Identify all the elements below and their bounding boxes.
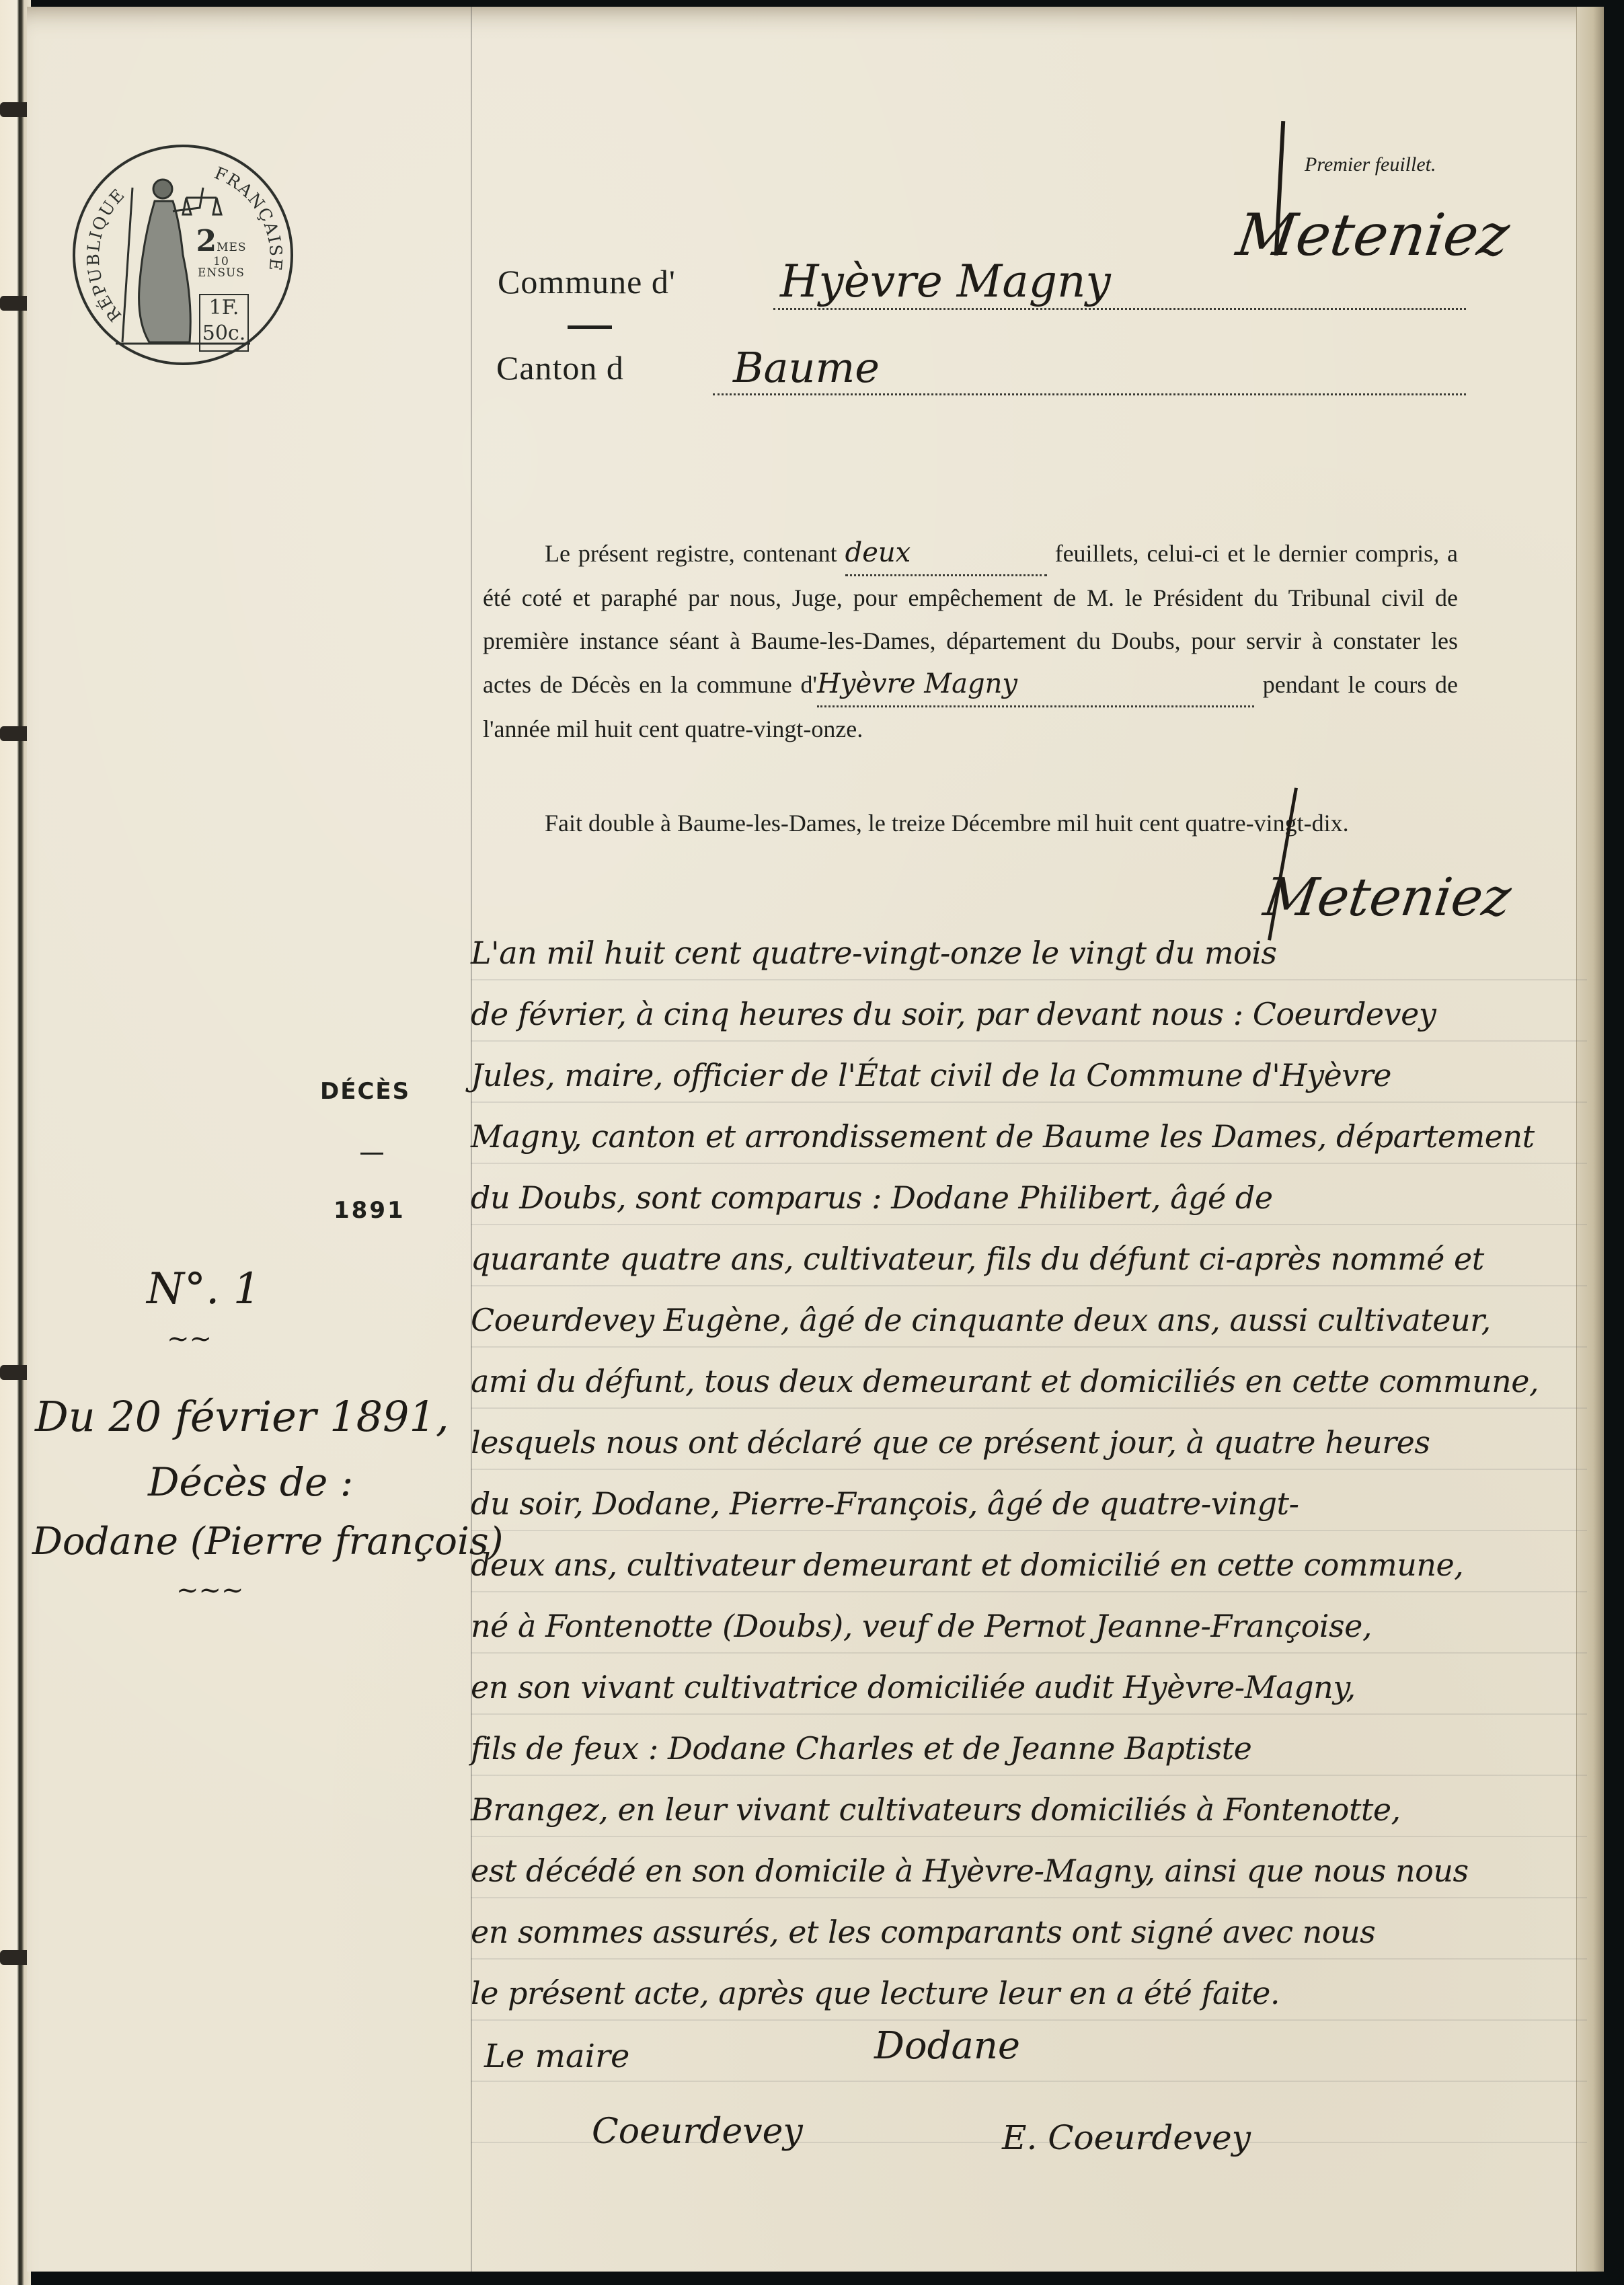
stamp-price: 1F. 50c.	[199, 294, 249, 352]
ruled-line	[471, 1101, 1587, 1103]
act-line: lesquels nous ont déclaré que ce présent…	[471, 1424, 1600, 1461]
judge-signature: Meteniez	[1260, 867, 1515, 928]
act-number: N°. 1	[147, 1264, 260, 1314]
mayor-label: Le maire	[484, 2038, 629, 2075]
ruled-line	[471, 1224, 1587, 1225]
ruled-line	[471, 1530, 1587, 1531]
stamp-left-text: RÉPUBLIQUE	[83, 184, 129, 325]
attestation-date-paragraph: Fait double à Baume-les-Dames, le treize…	[483, 802, 1458, 845]
act-line: de février, à cinq heures du soir, par d…	[471, 996, 1600, 1032]
ruled-line	[471, 1897, 1587, 1898]
stamp-cents: 50c.	[200, 321, 247, 346]
act-line: est décédé en son domicile à Hyèvre-Magn…	[471, 1853, 1600, 1889]
commune-value: Hyèvre Magny	[780, 256, 1111, 307]
ruled-line	[471, 1591, 1587, 1592]
act-line: le présent acte, après que lecture leur …	[471, 1975, 1600, 2011]
stamp-decimes-sup: MES	[217, 241, 246, 254]
section-dash	[360, 1153, 383, 1155]
act-line: Brangez, en leur vivant cultivateurs dom…	[471, 1791, 1600, 1828]
ruled-line	[471, 1407, 1587, 1409]
svg-text:RÉPUBLIQUE: RÉPUBLIQUE	[83, 184, 129, 325]
ruled-line	[471, 1163, 1587, 1164]
stamp-census: ENSUS	[198, 266, 245, 280]
attestation-text-a: Le présent registre, contenant	[545, 540, 837, 567]
sheet-label: Premier feuillet.	[1305, 153, 1436, 176]
margin-date: Du 20 février 1891,	[35, 1392, 449, 1441]
act-line: du soir, Dodane, Pierre-François, âgé de…	[471, 1485, 1600, 1522]
ruled-line	[471, 2081, 1587, 2082]
attestation-date-text: Fait double à Baume-les-Dames, le treize…	[545, 810, 1349, 837]
act-line: Coeurdevey Eugène, âgé de cinquante deux…	[471, 1302, 1600, 1338]
ruled-line	[471, 2019, 1587, 2021]
ruled-line	[471, 1652, 1587, 1654]
commune-dotted-line	[773, 308, 1466, 310]
act-line: né à Fontenotte (Doubs), veuf de Pernot …	[471, 1608, 1600, 1644]
sheets-count-value: deux	[845, 531, 1047, 576]
margin-flourish: ~~~	[176, 1575, 244, 1606]
margin-flourish: ~~	[167, 1323, 212, 1354]
attestation-commune-value: Hyèvre Magny	[817, 662, 1254, 707]
act-line: en sommes assurés, et les comparants ont…	[471, 1914, 1600, 1950]
witness-signature-coeurdevey: E. Coeurdevey	[1002, 2118, 1251, 2157]
fiscal-stamp: RÉPUBLIQUE FRANÇAISE 2MES 10 ENSUS 1F. 5…	[73, 145, 293, 365]
ruled-line	[471, 1040, 1587, 1042]
act-line: ami du défunt, tous deux demeurant et do…	[471, 1363, 1600, 1399]
stamp-francs: 1F.	[200, 295, 247, 321]
ruled-line	[471, 1958, 1587, 1960]
header-divider	[568, 325, 612, 329]
act-line: Jules, maire, officier de l'État civil d…	[471, 1057, 1600, 1093]
section-year: 1891	[334, 1197, 405, 1224]
ruled-line	[471, 1346, 1587, 1348]
act-line: fils de feux : Dodane Charles et de Jean…	[471, 1730, 1600, 1767]
stamp-value: 2MES 10 ENSUS	[191, 227, 252, 279]
ruled-line	[471, 1713, 1587, 1715]
ruled-line	[471, 1469, 1587, 1470]
canton-value: Baume	[733, 343, 880, 392]
witness-signature-dodane: Dodane	[874, 2024, 1020, 2068]
ruled-line	[471, 979, 1587, 980]
margin-title: Décès de :	[148, 1459, 353, 1505]
act-line: du Doubs, sont comparus : Dodane Philibe…	[471, 1179, 1600, 1216]
act-line: deux ans, cultivateur demeurant et domic…	[471, 1547, 1600, 1583]
commune-label: Commune d'	[498, 262, 676, 301]
ruled-line	[471, 1285, 1587, 1286]
stamp-decimes: 2	[196, 224, 217, 258]
act-line: L'an mil huit cent quatre-vingt-onze le …	[471, 935, 1600, 971]
stamp-ring-text-icon: RÉPUBLIQUE FRANÇAISE	[75, 147, 291, 362]
section-label: DÉCÈS	[320, 1078, 410, 1105]
attestation-paragraph: Le présent registre, contenant deux feui…	[483, 531, 1458, 750]
ruled-line	[471, 1836, 1587, 1837]
canton-dotted-line	[713, 393, 1466, 395]
act-line: en son vivant cultivatrice domiciliée au…	[471, 1669, 1600, 1705]
act-line: Magny, canton et arrondissement de Baume…	[471, 1118, 1600, 1155]
margin-deceased-name: Dodane (Pierre françois)	[32, 1520, 503, 1563]
canton-label: Canton d	[496, 348, 624, 387]
ruled-line	[471, 1775, 1587, 1776]
mayor-signature: Coeurdevey	[592, 2112, 803, 2152]
act-line: quarante quatre ans, cultivateur, fils d…	[471, 1241, 1600, 1277]
